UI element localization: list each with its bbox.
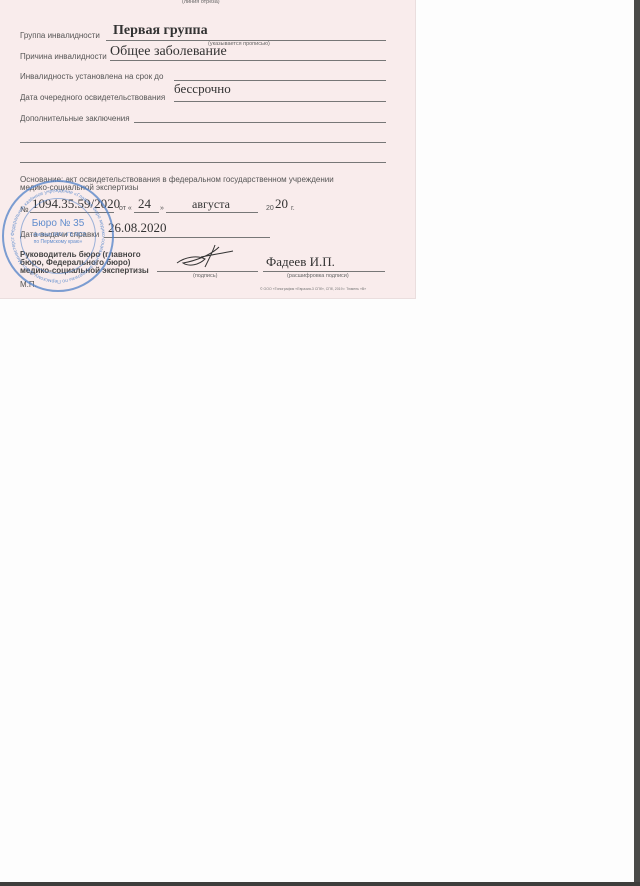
head-name: Фадеев И.П.: [266, 254, 335, 270]
next-exam-value: бессрочно: [174, 81, 231, 97]
day-line: [134, 212, 159, 213]
issue-date-line: [104, 237, 270, 238]
next-exam-label: Дата очередного освидетельствования: [20, 93, 165, 102]
name-line: [263, 271, 385, 272]
additional-conclusions-label: Дополнительные заключения: [20, 114, 130, 123]
signature-hint: (подпись): [193, 273, 217, 279]
signature-scribble: [175, 243, 235, 271]
additional-conclusions-line-2: [20, 142, 386, 143]
next-exam-line: [174, 101, 386, 102]
disability-cause-label: Причина инвалидности: [20, 52, 107, 61]
issue-date-value: 26.08.2020: [108, 220, 167, 236]
scan-edge-bottom: [0, 882, 640, 886]
additional-conclusions-line-1: [134, 122, 386, 123]
month-line: [166, 212, 258, 213]
disability-cause-value: Общее заболевание: [110, 44, 227, 60]
official-stamp: Федеральное казённое учреждение «Главное…: [2, 180, 114, 292]
cut-line-label: (линия отреза): [182, 0, 220, 5]
month-value: августа: [192, 197, 230, 212]
year-label: г.: [291, 205, 295, 212]
printer-note: © ООО «Типография «Евразия-3 СПб», СПб, …: [260, 287, 366, 291]
additional-conclusions-line-3: [20, 162, 386, 163]
from-label: от «: [119, 205, 132, 212]
day-value: 24: [138, 196, 151, 212]
disability-group-label: Группа инвалидности: [20, 31, 100, 40]
disability-group-value: Первая группа: [113, 23, 208, 39]
year-prefix: 20: [266, 205, 274, 212]
scan-edge-right: [634, 0, 640, 886]
year-suffix: 20: [275, 196, 288, 212]
disability-cause-line: [110, 60, 386, 61]
stamp-branch: - филиал ФКУ «ГБ МСЭ: [18, 232, 98, 238]
stamp-bureau: Бюро № 35: [28, 218, 88, 229]
signature-line: [157, 271, 258, 272]
valid-until-label: Инвалидность установлена на срок до: [20, 72, 163, 81]
name-hint: (расшифровка подписи): [287, 273, 349, 279]
stamp-region: по Пермскому краю»: [18, 239, 98, 245]
disability-certificate-form: (линия отреза) Группа инвалидности Перва…: [0, 0, 416, 299]
quote-close: »: [160, 205, 164, 212]
